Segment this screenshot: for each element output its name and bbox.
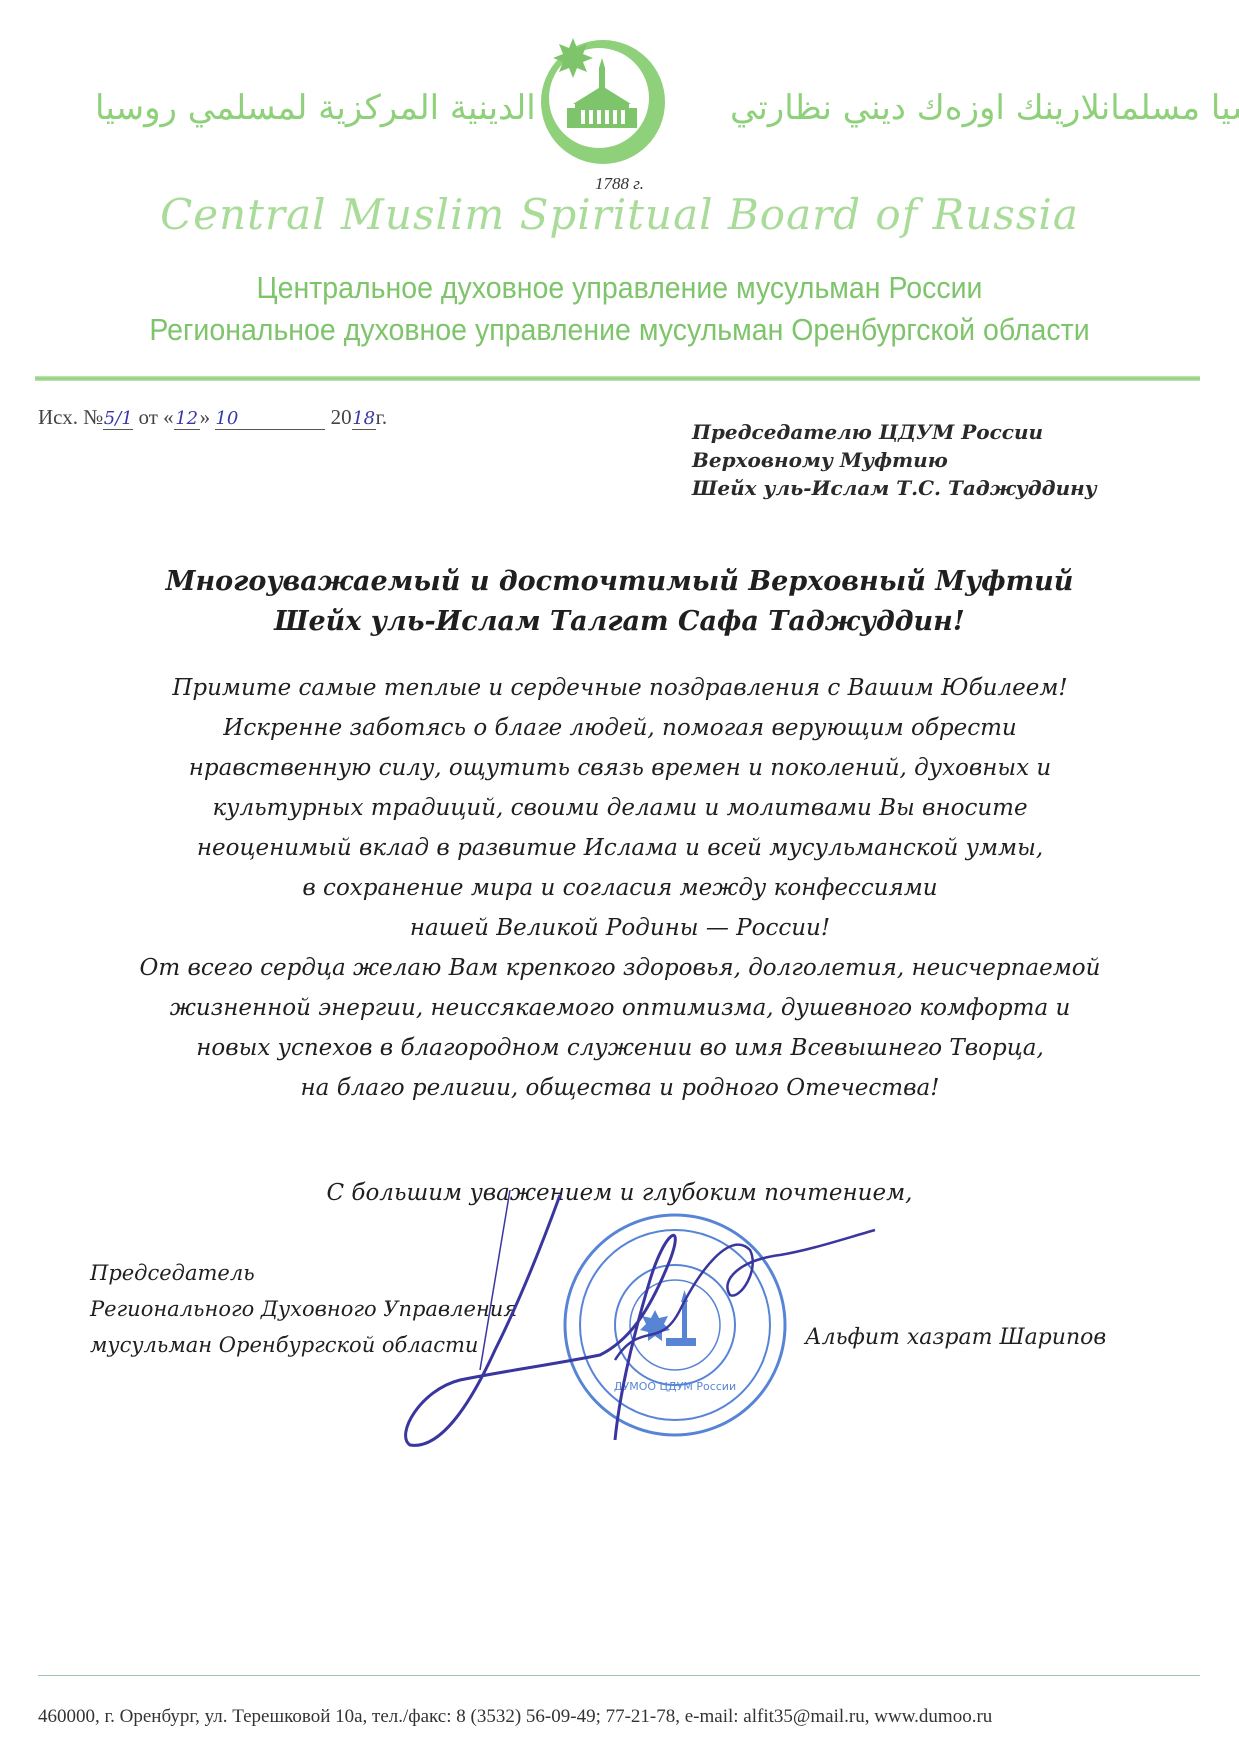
russian-org-title-regional: Региональное духовное управление мусульм…	[50, 312, 1190, 348]
arabic-title-right: روسيا مسلمانلارينك اوزه‌ك ديني نظارتي	[730, 88, 1239, 128]
addressee-line: Шейх уль-Ислам Т.С. Таджуддину	[692, 474, 1097, 502]
outgoing-month: 10	[215, 408, 325, 430]
body-line: неоценимый вклад в развитие Ислама и все…	[60, 828, 1180, 868]
body-line: жизненной энергии, неиссякаемого оптимиз…	[60, 988, 1180, 1028]
salutation-line: Многоуважаемый и досточтимый Верховный М…	[0, 562, 1239, 602]
english-org-title: Central Muslim Spiritual Board of Russia	[0, 190, 1239, 239]
handwritten-signature	[400, 1190, 880, 1460]
from-label: от «	[139, 405, 174, 429]
day-close: »	[200, 405, 211, 429]
header-divider	[35, 376, 1200, 381]
outgoing-year: 18	[352, 408, 376, 430]
mosque-crescent-star-emblem-icon	[533, 30, 673, 170]
addressee-block: Председателю ЦДУМ России Верховному Муфт…	[692, 418, 1097, 502]
body-line: нашей Великой Родины — России!	[60, 908, 1180, 948]
addressee-line: Верховному Муфтию	[692, 446, 1097, 474]
body-line: нравственную силу, ощутить связь времен …	[60, 748, 1180, 788]
year-end: г.	[376, 405, 388, 429]
body-line: в сохранение мира и согласия между конфе…	[60, 868, 1180, 908]
outgoing-reference: Исх. №5/1 от «12» 10 2018г.	[38, 405, 387, 430]
body-line: культурных традиций, своими делами и мол…	[60, 788, 1180, 828]
body-line: Примите самые теплые и сердечные поздрав…	[60, 668, 1180, 708]
footer-divider	[38, 1675, 1200, 1676]
body-line: От всего сердца желаю Вам крепкого здоро…	[60, 948, 1180, 988]
addressee-line: Председателю ЦДУМ России	[692, 418, 1097, 446]
salutation: Многоуважаемый и досточтимый Верховный М…	[0, 562, 1239, 642]
footer-contact-info: 460000, г. Оренбург, ул. Терешковой 10а,…	[38, 1706, 992, 1728]
body-line: новых успехов в благородном служении во …	[60, 1028, 1180, 1068]
body-line: Искренне заботясь о благе людей, помогая…	[60, 708, 1180, 748]
letter-body: Примите самые теплые и сердечные поздрав…	[60, 668, 1180, 1108]
russian-org-title-central: Центральное духовное управление мусульма…	[50, 270, 1190, 306]
body-line: на благо религии, общества и родного Оте…	[60, 1068, 1180, 1108]
year-prefix: 20	[331, 405, 352, 429]
salutation-line: Шейх уль-Ислам Талгат Сафа Таджуддин!	[0, 602, 1239, 642]
outgoing-number: 5/1	[103, 408, 133, 430]
outgoing-day: 12	[174, 408, 200, 430]
outgoing-prefix: Исх. №	[38, 405, 103, 429]
